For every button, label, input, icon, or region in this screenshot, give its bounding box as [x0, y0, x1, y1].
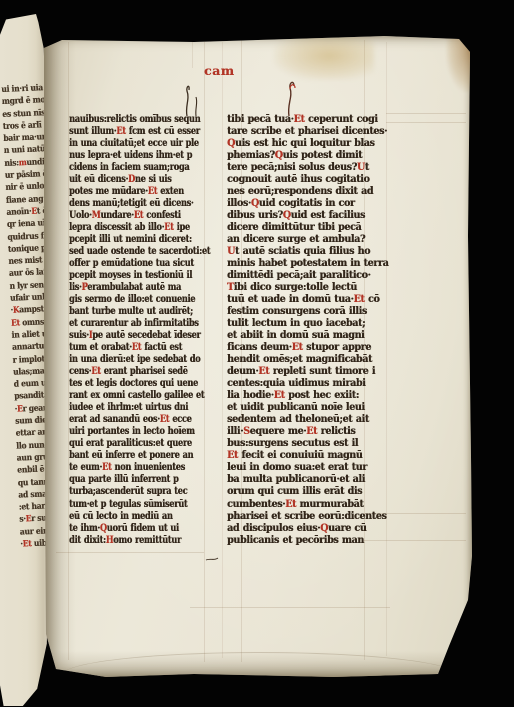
running-title: cam [204, 63, 234, 78]
text-line: dicere dimittūtur tibi pecā [227, 222, 388, 234]
parchment-stain [274, 36, 374, 80]
text-line: orum qui cum illis erāt dis [227, 486, 388, 498]
text-line: in una dierū:et ipe sedebat do [69, 354, 210, 366]
text-line: Et fecit ei conuiuiū magnū [227, 450, 388, 462]
text-line: phemias?Quis potest dimit [227, 150, 388, 162]
text-line: dens manū;tetigit eū dicens· [69, 198, 210, 210]
text-line: ficans deum·Et stupor appre [227, 342, 388, 354]
text-column-left: nauibus:relictis omībus sequnsunt illum·… [69, 114, 241, 547]
text-line: ad discipulos eius·Quare cū [227, 523, 388, 535]
text-line: te ihm·Quorū fidem ut ui [69, 523, 210, 535]
text-line: tulit lectum in quo iacebat; [227, 318, 388, 330]
text-line: erat ad sanandū eos·Et ecce [69, 414, 210, 426]
text-line: pharisei et scribe eorū:dicentes [227, 511, 388, 523]
text-line: dit dixit:Homo remittūtur [69, 535, 210, 547]
text-line: tes et legis doctores qui uene [69, 378, 210, 390]
ruling-line [190, 607, 390, 608]
text-line: te eum·Et non inuenientes [69, 462, 210, 474]
text-line: bant eū inferre et ponere an [69, 450, 210, 462]
text-line: nes eorū;respondens dixit ad [227, 186, 388, 198]
page-curl-shadow [44, 651, 472, 677]
text-line: tibi pecā tua·Et ceperunt cogi [227, 114, 388, 126]
corner-stain [446, 32, 474, 92]
text-line: Quis est hic qui loquitur blas [227, 138, 388, 150]
text-line: nus lepra·et uidens ihm·et p [69, 150, 210, 162]
text-line: qua parte illū inferrent p [69, 474, 210, 486]
text-line: minis habet potestatem in terra [227, 258, 388, 270]
manuscript-page: cam nauibus:relictis omībus sequnsunt il… [44, 36, 472, 677]
text-line: qui erat paraliticus:et quere [69, 438, 210, 450]
text-line: cens·Et erant pharisei sedē [69, 366, 210, 378]
text-line: festim consurgens corā illis [227, 306, 388, 318]
text-line: deum·Et repleti sunt timore i [227, 366, 388, 378]
text-line: bant turbe multe ut audirēt; [69, 306, 210, 318]
text-line: pcepit moyses in testīoniū il [69, 270, 210, 282]
text-line: dibus uris?Quid est facilius [227, 210, 388, 222]
text-line: sed uade ostende te sacerdoti:et [69, 246, 210, 258]
page-fold-crease [62, 652, 457, 675]
text-line: dimittēdi pecā;ait paralitico· [227, 270, 388, 282]
ruling-line [386, 113, 466, 114]
text-line: et uidit publicanū noīe leui [227, 402, 388, 414]
text-line: illos·Quid cogitatis in cor [227, 198, 388, 210]
text-line: potes me mūdare·Et exten [69, 186, 210, 198]
text-line: lia hodie·Et post hec exiit: [227, 390, 388, 402]
text-line: hendit omēs;et magnificabāt [227, 354, 388, 366]
text-line: tum et orabat·Et factū est [69, 342, 210, 354]
text-line: lis·Perambulabat autē ma [69, 282, 210, 294]
text-line: pcepit illi ut nemini diceret: [69, 234, 210, 246]
ruling-line [56, 552, 204, 553]
text-line: ba multa publicanorū·et ali [227, 474, 388, 486]
text-line: et abiit in domū suā magni [227, 330, 388, 342]
text-line: bus:surgens secutus est il [227, 438, 388, 450]
text-line: turba;ascenderūt supra tec [69, 486, 210, 498]
text-line: rant ex omni castello galilee et [69, 390, 210, 402]
text-line: leui in domo sua:et erat tur [227, 462, 388, 474]
text-line: iudee et ihrlm:et uirtus dni [69, 402, 210, 414]
text-line: Tibi dico surge:tolle lectū [227, 282, 388, 294]
text-line: tere pecā;nisi solus deus?Ut [227, 162, 388, 174]
text-line: offer p emūdatione tua sicut [69, 258, 210, 270]
text-line: suis·Ipe autē secedebat īdeser [69, 330, 210, 342]
fold-crease-line [192, 36, 193, 68]
text-line: sedentem ad theloneū;et ait [227, 414, 388, 426]
text-line: tum·et p tegulas sūmiserūt [69, 499, 210, 511]
text-line: cidens in faciem suam;roga [69, 162, 210, 174]
text-line: tare scribe et pharisei dicentes· [227, 126, 388, 138]
text-line: eū cū lecto in mediū an [69, 511, 210, 523]
text-line: an dicere surge et ambula? [227, 234, 388, 246]
manuscript-photograph: ui in·ri uiamgrd ē moes stun nīstros ē a… [0, 0, 514, 707]
text-line: centes:quia uidimus mirabi [227, 378, 388, 390]
text-line: lepra discessit ab illo·Et ipe [69, 222, 210, 234]
text-line: gis sermo de illo:et conuenie [69, 294, 210, 306]
text-line: et curarentur ab infirmitatibs [69, 318, 210, 330]
text-line: cumbentes·Et murmurabāt [227, 499, 388, 511]
text-line: sunt illum·Et fcm est cū esser [69, 126, 210, 138]
text-line: uiri portantes in lecto hoīem [69, 426, 210, 438]
text-line: publicanis et pecōribs man [227, 535, 388, 547]
text-line: cognouit autē ihus cogitatio [227, 174, 388, 186]
text-line: uit eū dicens·Dne si uis [69, 174, 210, 186]
text-line: tuū et uade in domū tua·Et cō [227, 294, 388, 306]
text-line: Uolo·Mundare·Et confesti [69, 210, 210, 222]
text-line: Ut autē sciatis quia filius ho [227, 246, 388, 258]
text-column-right: tibi pecā tua·Et ceperunt cogitare scrib… [227, 114, 397, 547]
ruling-line [386, 122, 466, 123]
text-line: illi·Sequere me·Et relictis [227, 426, 388, 438]
text-line: nauibus:relictis omībus sequn [69, 114, 210, 126]
text-line: in una ciuitatū;et ecce uir ple [69, 138, 210, 150]
